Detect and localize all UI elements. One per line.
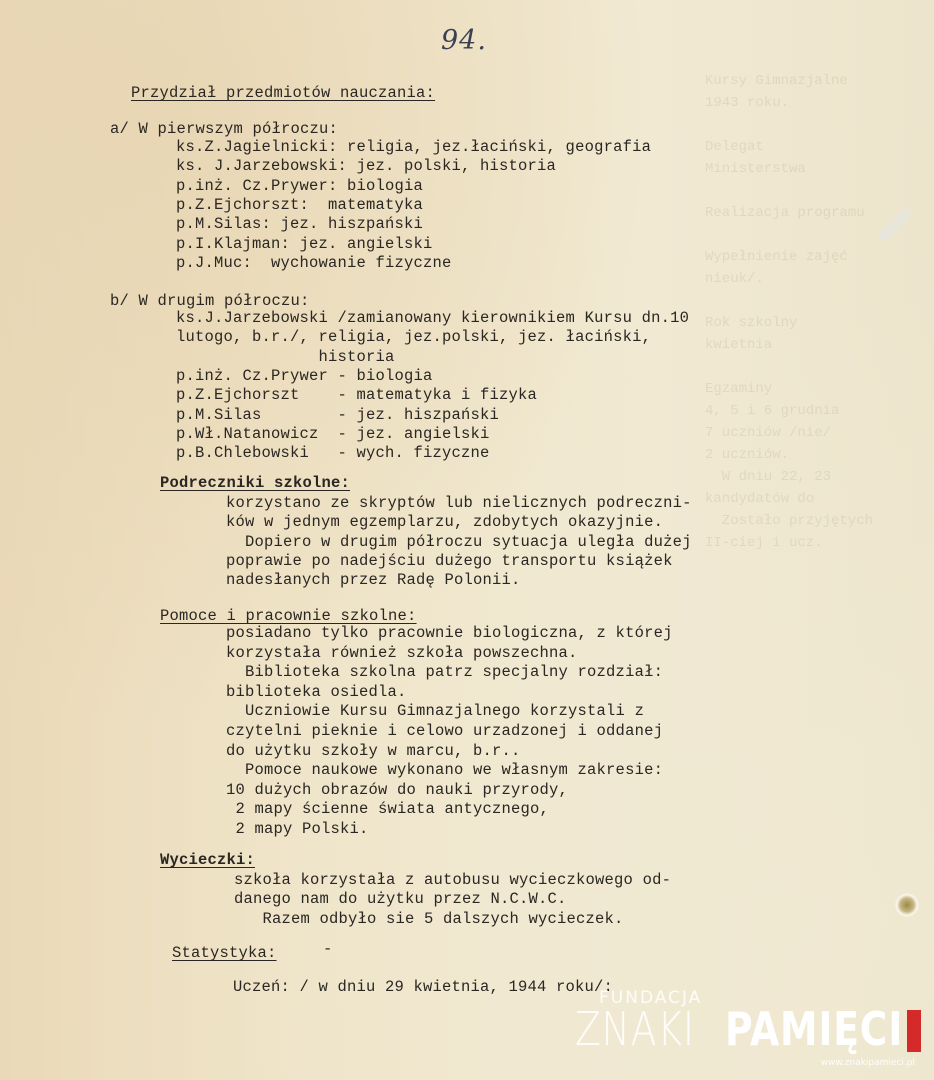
section-heading-trips: Wycieczki: <box>160 851 255 869</box>
paragraph-line: korzystała również szkoła powszechna. <box>226 644 578 662</box>
paragraph-line: korzystano ze skryptów lub nielicznych p… <box>226 494 692 512</box>
teacher-assignment-line: p.M.Silas: jez. hiszpański <box>176 215 423 233</box>
second-semester-label: b/ W drugim półroczu: <box>110 292 310 310</box>
teacher-assignment-line: p.inż. Cz.Prywer - biologia <box>176 367 433 385</box>
teacher-assignment-line: p.J.Muc: wychowanie fizyczne <box>176 254 452 272</box>
paragraph-line: danego nam do użytku przez N.C.W.C. <box>234 890 567 908</box>
paragraph-line: nadesłanych przez Radę Polonii. <box>226 571 521 589</box>
paragraph-line: Pomoce naukowe wykonano we własnym zakre… <box>226 761 663 779</box>
paragraph-line: Biblioteka szkolna patrz specjalny rozdz… <box>226 663 663 681</box>
punch-hole-mark <box>895 893 919 917</box>
section-heading-textbooks: Podreczniki szkolne: <box>160 474 350 492</box>
teacher-assignment-line: p.Z.Ejchorszt - matematyka i fizyka <box>176 386 537 404</box>
statistics-student-line: Uczeń: / w dniu 29 kwietnia, 1944 roku/: <box>233 978 613 996</box>
paragraph-line: 10 dużych obrazów do nauki przyrody, <box>226 781 568 799</box>
section-heading-statistics: Statystyka: <box>172 944 277 962</box>
paragraph-line: Dopiero w drugim półroczu sytuacja uległ… <box>226 533 692 551</box>
teacher-assignment-line: lutogo, b.r./, religia, jez.polski, jez.… <box>176 328 651 346</box>
section-heading-assignment: Przydział przedmiotów nauczania: <box>131 84 435 102</box>
teacher-assignment-line: p.Z.Ejchorszt: matematyka <box>176 196 423 214</box>
teacher-assignment-line: p.Wł.Natanowicz - jez. angielski <box>176 425 490 443</box>
paragraph-line: ków w jednym egzemplarzu, zdobytych okaz… <box>226 513 663 531</box>
watermark-accent-bar <box>907 1010 921 1052</box>
paragraph-line: biblioteka osiedla. <box>226 683 407 701</box>
paragraph-line: 2 mapy ścienne świata antycznego, <box>226 800 549 818</box>
paper-tear <box>880 210 910 240</box>
watermark-logo: FUNDACJA ZNAKI PAMIĘCI www.znakipamieci.… <box>575 982 925 1072</box>
page-number: 94. <box>441 25 487 56</box>
paragraph-line: 2 mapy Polski. <box>226 820 369 838</box>
first-semester-label: a/ W pierwszym półroczu: <box>110 120 338 138</box>
paragraph-line: czytelni pieknie i celowo urzadzonej i o… <box>226 722 663 740</box>
teacher-assignment-line: historia <box>176 348 395 366</box>
statistics-dash: - <box>323 940 333 958</box>
teacher-assignment-line: p.I.Klajman: jez. angielski <box>176 235 433 253</box>
watermark-url: www.znakipamieci.pl <box>821 1058 915 1068</box>
teacher-assignment-line: ks. J.Jarzebowski: jez. polski, historia <box>176 157 556 175</box>
paragraph-line: Razem odbyło sie 5 dalszych wycieczek. <box>234 910 624 928</box>
watermark-pamieci: PAMIĘCI <box>725 1002 903 1056</box>
paragraph-line: szkoła korzystała z autobusu wycieczkowe… <box>234 871 671 889</box>
paragraph-line: poprawie po nadejściu dużego transportu … <box>226 552 673 570</box>
paragraph-line: do użytku szkoły w marcu, b.r.. <box>226 742 521 760</box>
teacher-assignment-line: p.inż. Cz.Prywer: biologia <box>176 177 423 195</box>
watermark-znaki: ZNAKI <box>575 1002 695 1056</box>
paragraph-line: posiadano tylko pracownie biologiczna, z… <box>226 624 673 642</box>
paragraph-line: Uczniowie Kursu Gimnazjalnego korzystali… <box>226 702 644 720</box>
bleed-through-text: Kursy Gimnazjalne 1943 roku. Delegat Min… <box>705 70 934 970</box>
section-heading-aids: Pomoce i pracownie szkolne: <box>160 607 417 625</box>
teacher-assignment-line: ks.J.Jarzebowski /zamianowany kierowniki… <box>176 309 689 327</box>
teacher-assignment-line: ks.Z.Jagielnicki: religia, jez.łaciński,… <box>176 138 651 156</box>
teacher-assignment-line: p.B.Chlebowski - wych. fizyczne <box>176 444 490 462</box>
teacher-assignment-line: p.M.Silas - jez. hiszpański <box>176 406 499 424</box>
